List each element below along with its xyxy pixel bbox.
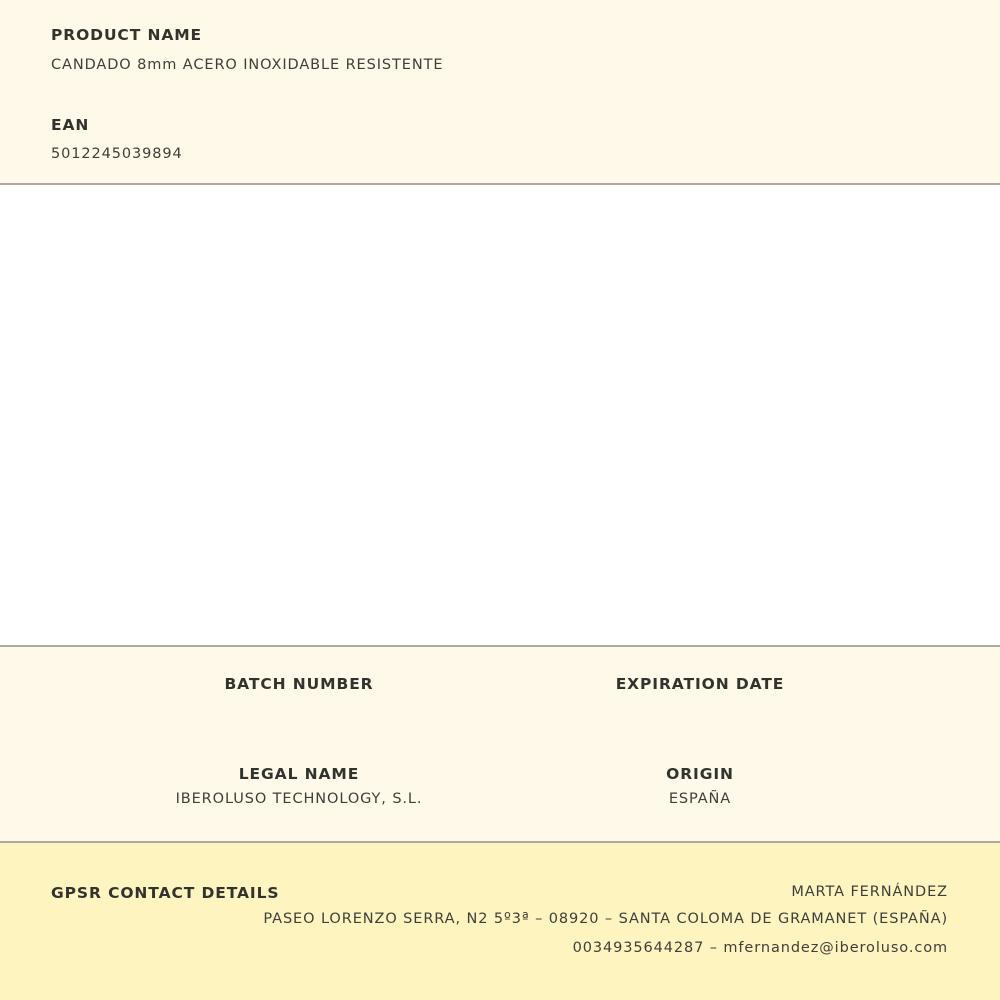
product-header-section: PRODUCT NAME CANDADO 8mm ACERO INOXIDABL… bbox=[0, 0, 1000, 185]
origin-value: ESPAÑA bbox=[500, 791, 900, 807]
legal-name-value: IBEROLUSO TECHNOLOGY, S.L. bbox=[99, 791, 499, 807]
batch-number-block: BATCH NUMBER bbox=[99, 675, 499, 701]
gpsr-contact-label: GPSR CONTACT DETAILS bbox=[51, 884, 279, 902]
product-details-section: BATCH NUMBER EXPIRATION DATE LEGAL NAME … bbox=[0, 645, 1000, 843]
expiration-date-block: EXPIRATION DATE bbox=[500, 675, 900, 701]
batch-number-label: BATCH NUMBER bbox=[99, 675, 499, 693]
ean-value: 5012245039894 bbox=[51, 146, 183, 162]
expiration-date-label: EXPIRATION DATE bbox=[500, 675, 900, 693]
gpsr-contact-address: PASEO LORENZO SERRA, N2 5º3ª – 08920 – S… bbox=[263, 911, 948, 927]
origin-block: ORIGIN ESPAÑA bbox=[500, 765, 900, 807]
ean-label: EAN bbox=[51, 116, 89, 134]
gpsr-contact-section: GPSR CONTACT DETAILS MARTA FERNÁNDEZ PAS… bbox=[0, 843, 1000, 1000]
origin-label: ORIGIN bbox=[500, 765, 900, 783]
legal-name-label: LEGAL NAME bbox=[99, 765, 499, 783]
gpsr-contact-name: MARTA FERNÁNDEZ bbox=[791, 884, 948, 900]
product-name-value: CANDADO 8mm ACERO INOXIDABLE RESISTENTE bbox=[51, 57, 443, 73]
blank-content-area bbox=[0, 185, 1000, 645]
legal-name-block: LEGAL NAME IBEROLUSO TECHNOLOGY, S.L. bbox=[99, 765, 499, 807]
product-name-label: PRODUCT NAME bbox=[51, 26, 202, 44]
gpsr-contact-phone-email: 0034935644287 – mfernandez@iberoluso.com bbox=[573, 940, 948, 956]
